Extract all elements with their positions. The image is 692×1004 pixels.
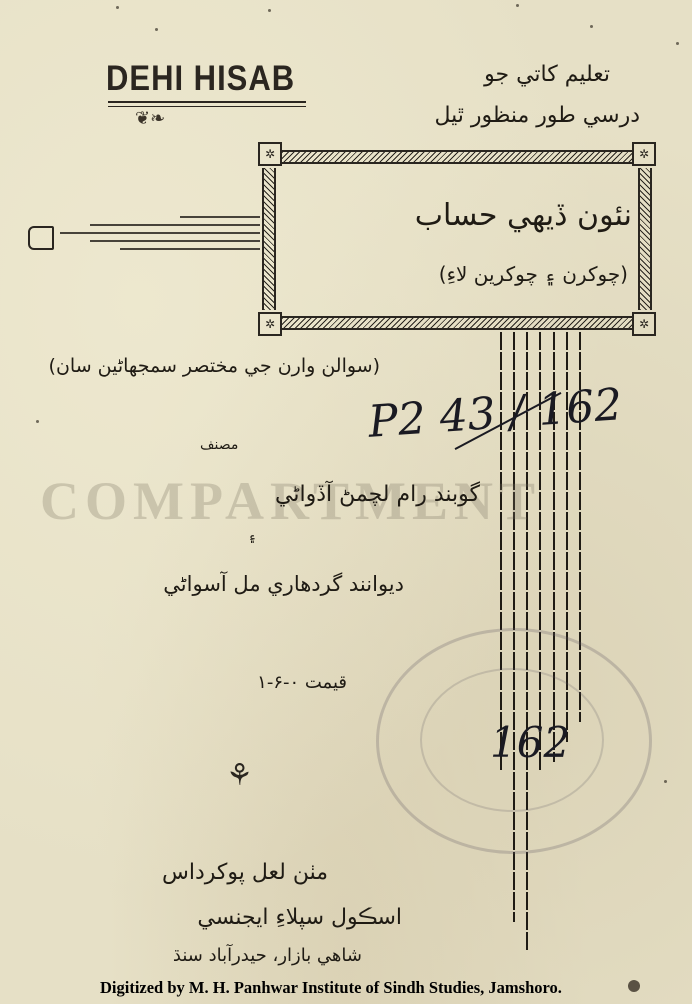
price: قيمت ۰-۶-۱	[257, 672, 347, 693]
star-corner-icon: ✲	[632, 312, 656, 336]
star-corner-icon: ✲	[258, 142, 282, 166]
book-subtitle: (چوکرن ۽ چوکرين لاءِ)	[439, 262, 628, 286]
paper-speck	[676, 42, 679, 45]
paper-speck	[590, 25, 593, 28]
publisher-line-3: شاهي بازار، حيدرآباد سنڌ	[173, 945, 362, 966]
brand-underline-thin	[108, 106, 306, 107]
frame-bottom-border	[282, 316, 632, 330]
book-title: نئون ڏيهي حساب	[415, 198, 632, 233]
paper-speck	[664, 780, 667, 783]
arrow-tip-icon	[28, 226, 54, 250]
paper-speck	[516, 4, 519, 7]
digitization-credit: Digitized by M. H. Panhwar Institute of …	[100, 978, 562, 998]
author-1: گوبند رام لچمڻ آڏواڻي	[275, 482, 480, 507]
handwritten-number: 162	[490, 718, 570, 767]
header-line-2: درسي طور منظور ٿيل	[434, 103, 640, 128]
star-corner-icon: ✲	[632, 142, 656, 166]
author-connector: ۽	[248, 528, 256, 544]
subtitle-note: (سوالن وارن جي مختصر سمجهاڻين سان)	[49, 355, 380, 377]
header-line-1: تعليم کاتي جو	[484, 62, 610, 87]
brand-title-latin: DEHI HISAB	[106, 58, 295, 99]
paper-speck	[116, 6, 119, 9]
author-label: مصنف	[200, 437, 238, 453]
publisher-line-1: مٺن لعل پوکرداس	[162, 860, 328, 885]
paper-speck	[268, 9, 271, 12]
publisher-line-2: اسڪول سپلاءِ ايجنسي	[197, 905, 402, 930]
frame-top-border	[282, 150, 632, 164]
frame-right-border	[638, 168, 652, 310]
lotus-emblem-icon: ⚘	[226, 758, 253, 793]
dot-mark	[628, 980, 640, 992]
paper-speck	[155, 28, 158, 31]
star-corner-icon: ✲	[258, 312, 282, 336]
frame-left-border	[262, 168, 276, 310]
paper-speck	[36, 420, 39, 423]
author-2: ديوانند گردهاري مل آسواڻي	[163, 572, 404, 596]
floral-ornament-icon: ❦❧	[135, 108, 165, 129]
title-frame: ✲ ✲ ✲ ✲ نئون ڏيهي حساب (چوکرن ۽ چوکرين ل…	[258, 142, 656, 336]
arrow-lines-ornament	[60, 210, 260, 256]
brand-underline	[108, 101, 306, 103]
